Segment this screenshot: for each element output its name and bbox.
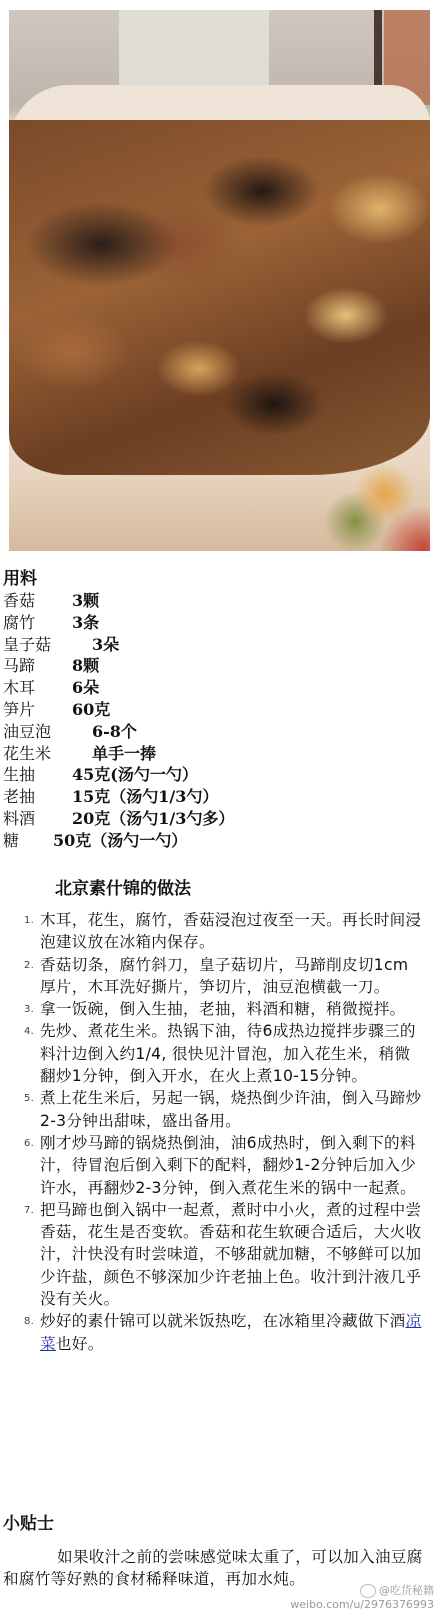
ingredient-name: 老抽	[3, 786, 72, 808]
watermark-url: weibo.com/u/2976376993	[290, 1598, 434, 1612]
ingredient-row: 花生米单手一捧	[3, 743, 433, 765]
step-text: 香菇切条，腐竹斜刀，皇子菇切片，马蹄削皮切1cm厚片，木耳洗好撕片，笋切片，油豆…	[40, 956, 408, 996]
ingredient-row: 腐竹3条	[3, 612, 433, 634]
ingredient-row: 木耳6朵	[3, 677, 433, 699]
ingredient-row: 皇子菇3朵	[3, 634, 433, 656]
step-number: 5.	[24, 1088, 34, 1110]
ingredient-name: 腐竹	[3, 612, 72, 634]
ingredient-row: 生抽45克(汤勺一勺）	[3, 764, 433, 786]
ingredients-section: 用料 香菇3颗 腐竹3条 皇子菇3朵 马蹄8颗 木耳6朵 笋片60克 油豆泡6-…	[3, 568, 433, 852]
weibo-logo-icon	[360, 1584, 376, 1598]
ingredient-name: 木耳	[3, 677, 72, 699]
ingredient-row: 糖50克（汤勺一勺）	[3, 830, 433, 852]
ingredient-amount: 3条	[72, 613, 99, 632]
ingredient-name: 笋片	[3, 699, 72, 721]
ingredient-amount: 20克（汤勺1/3勺多）	[72, 809, 234, 828]
step-text: 煮上花生米后，另起一锅，烧热倒少许油，倒入马蹄炒2-3分钟出甜味，盛出备用。	[40, 1089, 421, 1129]
tips-title: 小贴士	[3, 1513, 54, 1535]
ingredient-amount: 3朵	[92, 635, 119, 654]
ingredient-amount: 15克（汤勺1/3勺）	[72, 787, 218, 806]
step-item: 3.拿一饭碗，倒入生抽，老抽，料酒和糖，稍微搅拌。	[0, 998, 430, 1020]
step-text: 刚才炒马蹄的锅烧热倒油，油6成热时，倒入剩下的料汁，待冒泡后倒入剩下的配料，翻炒…	[40, 1134, 416, 1197]
ingredient-amount: 60克	[72, 700, 110, 719]
watermark-handle: @吃货秘籍	[379, 1584, 434, 1597]
step-number: 8.	[24, 1311, 34, 1333]
step-text: 拿一饭碗，倒入生抽，老抽，料酒和糖，稍微搅拌。	[40, 1000, 406, 1018]
step-item: 7.把马蹄也倒入锅中一起煮，煮时中小火，煮的过程中尝香菇，花生是否变软。香菇和花…	[0, 1199, 430, 1310]
photo-bowl-pattern	[280, 450, 430, 551]
ingredient-name: 马蹄	[3, 655, 72, 677]
step-number: 2.	[24, 955, 34, 977]
ingredient-amount: 3颗	[72, 591, 99, 610]
step-number: 6.	[24, 1133, 34, 1155]
ingredient-row: 油豆泡6-8个	[3, 721, 433, 743]
step-text: 木耳，花生，腐竹，香菇浸泡过夜至一天。再长时间浸泡建议放在冰箱内保存。	[40, 911, 421, 951]
weibo-watermark: @吃货秘籍 weibo.com/u/2976376993	[290, 1584, 434, 1612]
ingredient-name: 香菇	[3, 590, 72, 612]
ingredient-name: 皇子菇	[3, 634, 92, 656]
step-text: 把马蹄也倒入锅中一起煮，煮时中小火，煮的过程中尝香菇，花生是否变软。香菇和花生软…	[40, 1201, 421, 1308]
ingredient-name: 糖	[3, 830, 53, 852]
step-item: 4.先炒、煮花生米。热锅下油，待6成热边搅拌步骤三的料汁边倒入约1/4, 很快见…	[0, 1020, 430, 1087]
ingredient-name: 花生米	[3, 743, 92, 765]
dish-photo	[9, 10, 430, 551]
step-item: 2.香菇切条，腐竹斜刀，皇子菇切片，马蹄削皮切1cm厚片，木耳洗好撕片，笋切片，…	[0, 954, 430, 999]
ingredient-amount: 50克（汤勺一勺）	[53, 831, 187, 850]
method-title: 北京素什锦的做法	[55, 878, 191, 900]
ingredient-row: 香菇3颗	[3, 590, 433, 612]
step-item: 1.木耳，花生，腐竹，香菇浸泡过夜至一天。再长时间浸泡建议放在冰箱内保存。	[0, 909, 430, 954]
ingredient-row: 老抽15克（汤勺1/3勺）	[3, 786, 433, 808]
photo-food	[9, 120, 430, 475]
step-number: 4.	[24, 1021, 34, 1043]
method-steps: 1.木耳，花生，腐竹，香菇浸泡过夜至一天。再长时间浸泡建议放在冰箱内保存。 2.…	[0, 909, 430, 1355]
ingredient-name: 料酒	[3, 808, 72, 830]
step-number: 3.	[24, 999, 34, 1021]
ingredient-amount: 8颗	[72, 656, 99, 675]
ingredient-row: 料酒20克（汤勺1/3勺多）	[3, 808, 433, 830]
step-item: 6.刚才炒马蹄的锅烧热倒油，油6成热时，倒入剩下的料汁，待冒泡后倒入剩下的配料，…	[0, 1132, 430, 1199]
ingredients-title: 用料	[3, 568, 433, 590]
ingredient-amount: 单手一捧	[92, 744, 156, 763]
ingredient-name: 生抽	[3, 764, 72, 786]
ingredient-row: 马蹄8颗	[3, 655, 433, 677]
step-text-before: 炒好的素什锦可以就米饭热吃，在冰箱里冷藏做下酒	[40, 1312, 406, 1330]
step-item: 8.炒好的素什锦可以就米饭热吃，在冰箱里冷藏做下酒凉菜也好。	[0, 1310, 430, 1355]
step-text-after: 也好。	[56, 1335, 104, 1353]
ingredient-row: 笋片60克	[3, 699, 433, 721]
ingredient-amount: 6朵	[72, 678, 99, 697]
step-item: 5.煮上花生米后，另起一锅，烧热倒少许油，倒入马蹄炒2-3分钟出甜味，盛出备用。	[0, 1087, 430, 1132]
ingredient-amount: 6-8个	[92, 722, 137, 741]
step-text: 先炒、煮花生米。热锅下油，待6成热边搅拌步骤三的料汁边倒入约1/4, 很快见汁冒…	[40, 1022, 416, 1085]
ingredient-name: 油豆泡	[3, 721, 92, 743]
ingredient-amount: 45克(汤勺一勺）	[72, 765, 198, 784]
step-number: 1.	[24, 910, 34, 932]
step-number: 7.	[24, 1200, 34, 1222]
